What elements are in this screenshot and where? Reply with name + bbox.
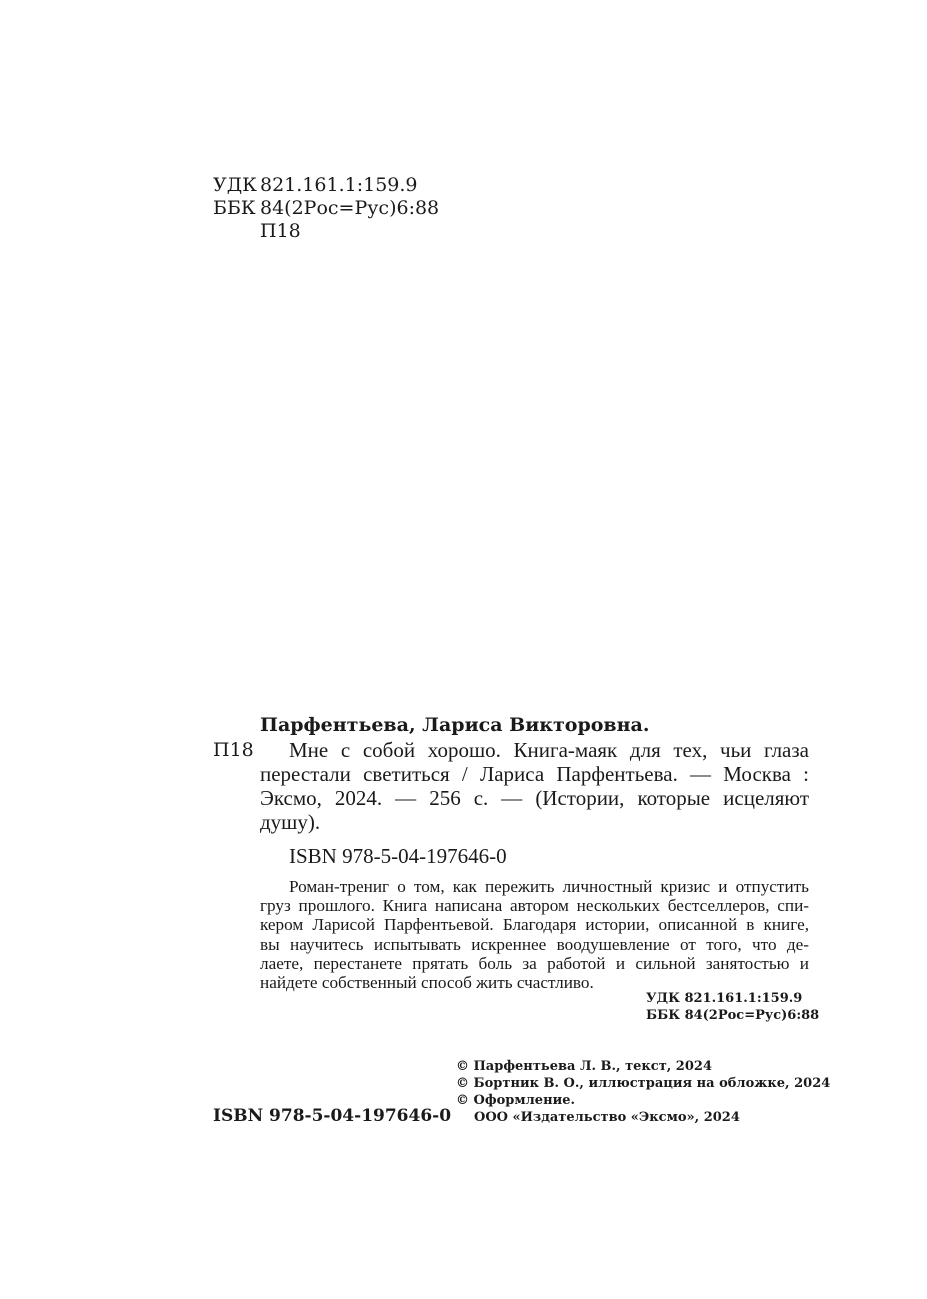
bbk-value: 84(2Рос=Рус)6:88 bbox=[260, 197, 439, 220]
description-line: Мне с собой хорошо. Книга-маяк для тех, … bbox=[260, 738, 809, 762]
isbn-record: ISBN 978-5-04-197646-0 bbox=[289, 844, 507, 868]
author-heading: Парфентьева, Лариса Викторовна. bbox=[260, 713, 649, 737]
copyright-illustration: © Бортник В. О., иллюстрация на обложке,… bbox=[456, 1075, 830, 1092]
bibliographic-description: Мне с собой хорошо. Книга-маяк для тех, … bbox=[260, 738, 809, 834]
description-line: перестали светиться / Лариса Парфентьева… bbox=[260, 762, 809, 786]
bbk-bottom: ББК 84(2Рос=Рус)6:88 bbox=[646, 1007, 819, 1024]
udk-value: 821.161.1:159.9 bbox=[260, 174, 418, 197]
annotation-line: вы научитесь испытывать искреннее воодуш… bbox=[260, 935, 809, 954]
copyright-text: © Парфентьева Л. В., текст, 2024 bbox=[456, 1058, 712, 1075]
isbn-footer: ISBN 978-5-04-197646-0 bbox=[213, 1105, 451, 1127]
udk-label: УДК bbox=[213, 174, 257, 197]
udk-bottom: УДК 821.161.1:159.9 bbox=[646, 990, 802, 1007]
copyright-design: © Оформление. bbox=[456, 1092, 575, 1109]
annotation-line: лаете, перестанете прятать боль за работ… bbox=[260, 954, 809, 973]
author-mark-top: П18 bbox=[260, 220, 301, 243]
annotation-line: Роман-трениг о том, как пережить личност… bbox=[260, 877, 809, 896]
annotation-line: груз прошлого. Книга написана автором не… bbox=[260, 896, 809, 915]
annotation-line: кером Ларисой Парфентьевой. Благодаря ис… bbox=[260, 915, 809, 934]
author-mark: П18 bbox=[213, 738, 254, 762]
description-line: Эксмо, 2024. — 256 с. — (Истории, которы… bbox=[260, 786, 809, 810]
bbk-label: ББК bbox=[213, 197, 256, 220]
publisher-name: ООО «Издательство «Эксмо», 2024 bbox=[474, 1109, 740, 1126]
annotation: Роман-трениг о том, как пережить личност… bbox=[260, 877, 809, 992]
description-line: душу). bbox=[260, 810, 809, 834]
